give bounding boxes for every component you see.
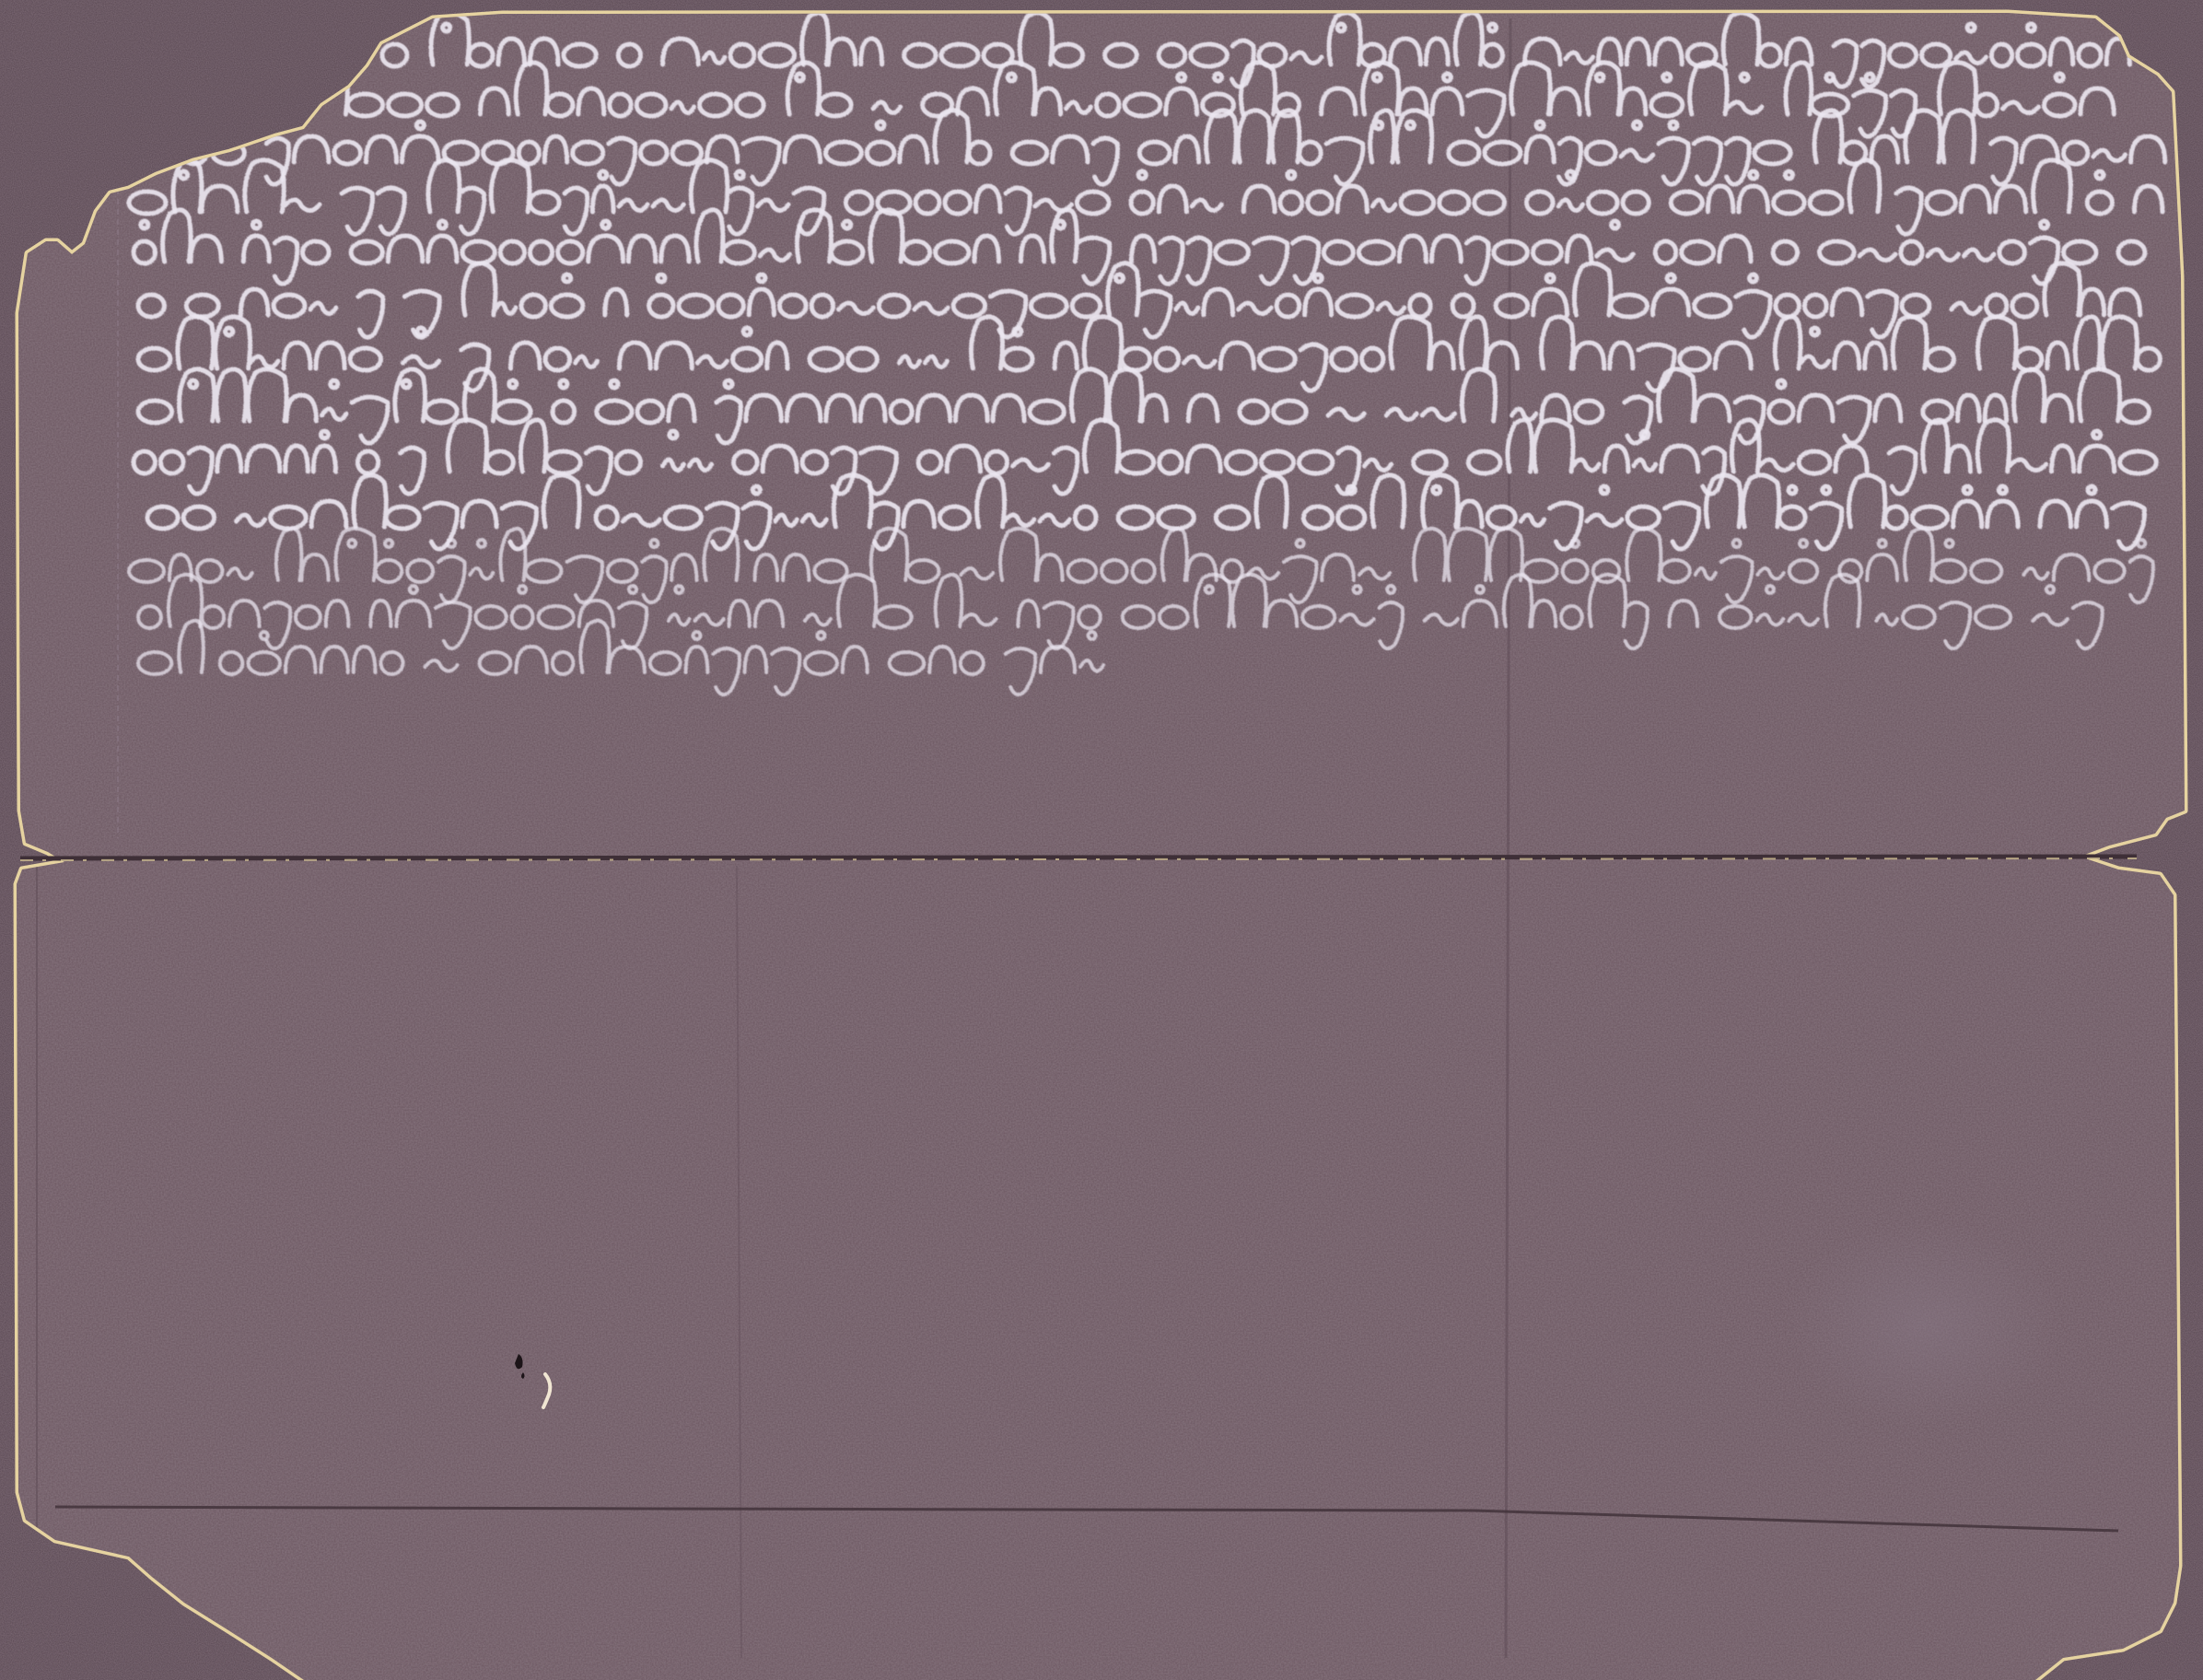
manuscript-scene: ကျပ်နှင့်တော်မှ မြို့ရိုးကျော်ကျော်၍ …ပြ… <box>0 0 2203 1680</box>
fold-crease <box>20 857 2137 858</box>
manuscript-photo: ကျပ်နှင့်တော်မှ မြို့ရိုးကျော်ကျော်၍ …ပြ… <box>0 0 2203 1680</box>
paper-sheet: ကျပ်နှင့်တော်မှ မြို့ရိုးကျော်ကျော်၍ …ပြ… <box>0 0 2203 1680</box>
